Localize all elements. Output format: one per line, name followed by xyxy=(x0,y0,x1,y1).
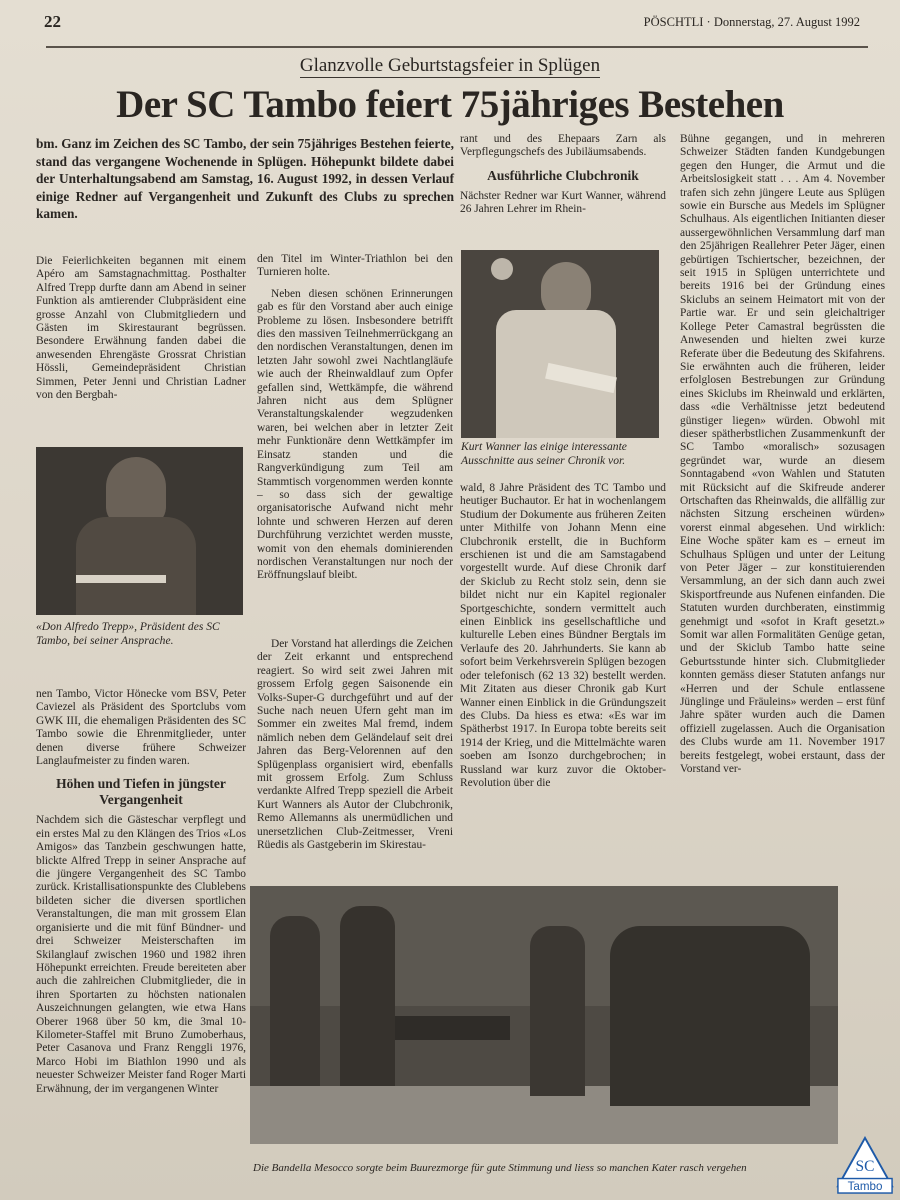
paragraph: wald, 8 Jahre Präsident des TC Tambo und… xyxy=(460,482,666,790)
paragraph: den Titel im Winter-Triathlon bei den Tu… xyxy=(257,253,453,280)
photo-kurt-wanner xyxy=(461,250,659,438)
subheading-hoehen-tiefen: Höhen und Tiefen in jüngster Vergangenhe… xyxy=(36,776,246,808)
paragraph: Der Vorstand hat allerdings die Zeichen … xyxy=(257,638,453,853)
photo-alfredo-trepp xyxy=(36,447,243,615)
newspaper-page: 22 PÖSCHTLI · Donnerstag, 27. August 199… xyxy=(0,0,900,1200)
photo-musicians-group xyxy=(610,926,810,1106)
photo-bandella-mesocco xyxy=(250,886,838,1144)
svg-text:SC: SC xyxy=(856,1158,875,1175)
page-number: 22 xyxy=(44,12,61,32)
paragraph: Nachdem sich die Gästeschar verpflegt un… xyxy=(36,814,246,1096)
photo-musician xyxy=(270,916,320,1086)
photo-table xyxy=(380,1016,510,1040)
paragraph: Neben diesen schönen Erinnerungen gab es… xyxy=(257,288,453,583)
svg-text:Tambo: Tambo xyxy=(848,1180,883,1193)
masthead: PÖSCHTLI · Donnerstag, 27. August 1992 xyxy=(644,15,860,30)
caption-wanner: Kurt Wanner las einige interessante Auss… xyxy=(461,440,667,468)
paragraph: nen Tambo, Victor Hönecke vom BSV, Peter… xyxy=(36,688,246,768)
photo-lamp xyxy=(491,258,513,280)
caption-trepp: «Don Alfredo Trepp», Präsident des SC Ta… xyxy=(36,620,246,648)
sc-tambo-logo-icon: SC Tambo xyxy=(836,1136,894,1194)
column-1-top: Die Feierlichkeiten begannen mit einem A… xyxy=(36,255,246,402)
paragraph: Bühne gegangen, und in mehreren Schweize… xyxy=(680,133,885,777)
article-kicker: Glanzvolle Geburtstagsfeier in Splügen xyxy=(0,55,900,77)
article-headline: Der SC Tambo feiert 75jähriges Bestehen xyxy=(0,82,900,127)
column-1-bottom: nen Tambo, Victor Hönecke vom BSV, Peter… xyxy=(36,688,246,1096)
paragraph: Nächster Redner war Kurt Wanner, während… xyxy=(460,190,666,217)
paragraph: Die Feierlichkeiten begannen mit einem A… xyxy=(36,255,246,402)
paragraph: rant und des Ehepaars Zarn als Verpflegu… xyxy=(460,133,666,160)
header-rule xyxy=(46,46,868,48)
subheading-clubchronik: Ausführliche Clubchronik xyxy=(460,168,666,184)
column-3-bottom: wald, 8 Jahre Präsident des TC Tambo und… xyxy=(460,482,666,790)
kicker-text: Glanzvolle Geburtstagsfeier in Splügen xyxy=(300,55,600,78)
column-3-top: rant und des Ehepaars Zarn als Verpflegu… xyxy=(460,133,666,217)
photo-musician xyxy=(530,926,585,1096)
column-4: Bühne gegangen, und in mehreren Schweize… xyxy=(680,133,885,777)
column-2-bottom: Der Vorstand hat allerdings die Zeichen … xyxy=(257,630,453,853)
caption-band: Die Bandella Mesocco sorgte beim Buurezm… xyxy=(253,1161,853,1175)
column-2-top: den Titel im Winter-Triathlon bei den Tu… xyxy=(257,253,453,583)
photo-paper xyxy=(76,575,166,583)
photo-musician xyxy=(340,906,395,1086)
photo-figure-body xyxy=(76,517,196,615)
article-lead: bm. Ganz im Zeichen des SC Tambo, der se… xyxy=(36,135,454,223)
